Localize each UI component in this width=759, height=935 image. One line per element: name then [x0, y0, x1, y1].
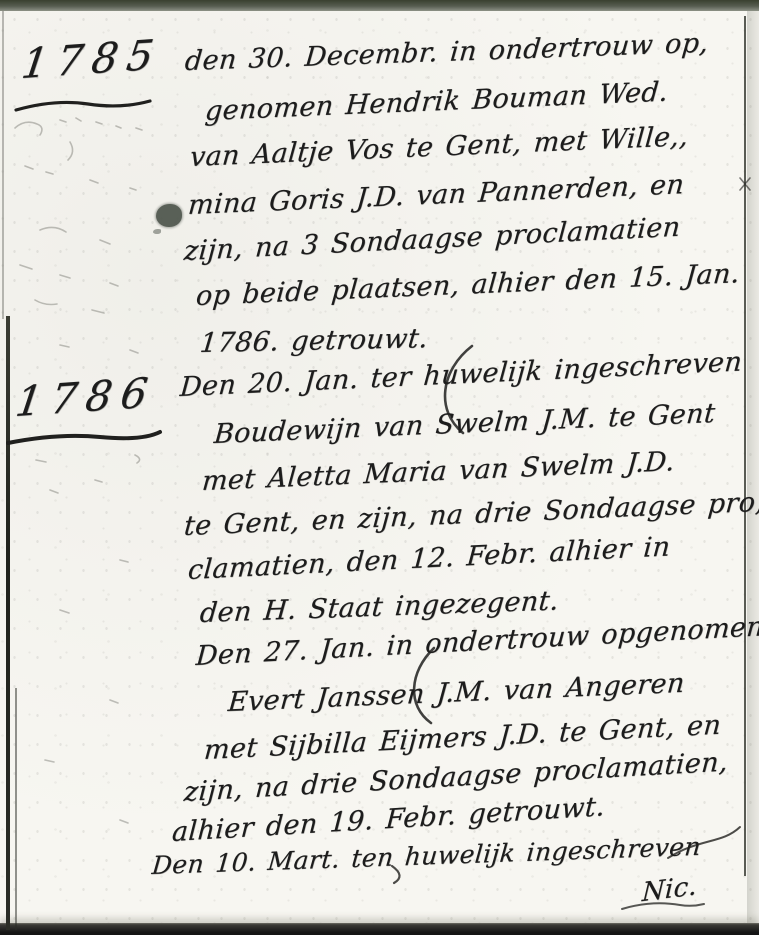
scan-edge-left — [6, 316, 10, 930]
entry-1-line-3: van Aaltje Vos te Gent, met Wille,, — [189, 121, 690, 173]
entry-3-line-2: Evert Janssen J.M. van Angeren — [227, 668, 686, 718]
year-1785-underline — [16, 101, 150, 110]
entry-2-line-6: den H. Staat ingezegent. — [199, 585, 561, 629]
entry-1-line-7: 1786. getrouwt. — [198, 323, 429, 359]
margin-year-1786: 1786 — [13, 368, 160, 426]
margin-note: Nic. — [641, 871, 698, 908]
year-1786-underline — [8, 432, 160, 443]
entry-2-line-4: te Gent, en zijn, na drie Sondaagse pro,… — [183, 486, 759, 542]
margin-year-1785: 1785 — [19, 30, 166, 88]
entry-2-line-5: clamatien, den 12. Febr. alhier in — [187, 531, 672, 586]
entry-1-line-6: op beide plaatsen, alhier den 15. Jan. — [195, 258, 741, 312]
entry-1-line-4: mina Goris J.D. van Pannerden, en — [187, 169, 686, 221]
scan-edge-left-faint — [15, 688, 17, 930]
ink-blot — [156, 204, 182, 227]
entry-1-line-1: den 30. Decembr. in ondertrouw op, — [184, 28, 710, 77]
scanned-register-page: 1785 1786 den 30. Decembr. in ondertrouw… — [0, 0, 759, 935]
bleed-through-smudges — [15, 118, 142, 823]
scan-edge-right-strip — [747, 11, 759, 923]
scan-edge-top — [0, 0, 759, 11]
scan-edge-bottom — [0, 923, 759, 935]
scan-edge-left-upper — [2, 11, 4, 319]
entry-2-line-2: Boudewijn van Swelm J.M. te Gent — [213, 398, 717, 450]
entry-1-line-5: zijn, na 3 Sondaagse proclamatien — [183, 212, 682, 267]
page-edge-right-line — [744, 16, 746, 876]
entry-2-line-3: met Aletta Maria van Swelm J.D. — [201, 446, 676, 497]
entry-1-line-2: genomen Hendrik Bouman Wed. — [204, 77, 670, 128]
